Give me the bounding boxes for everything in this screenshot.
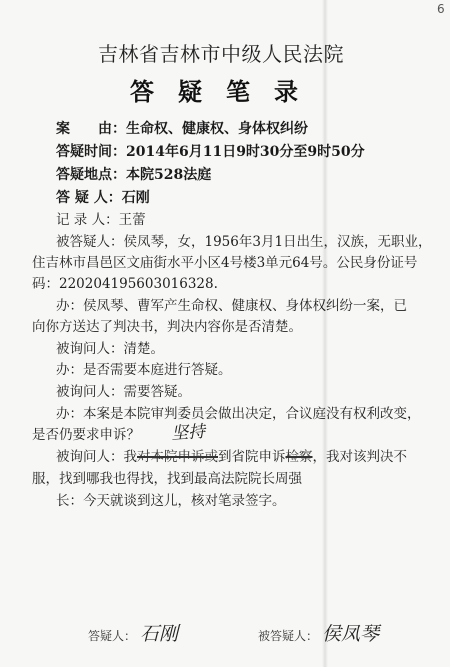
- respondent-signature-label: 被答疑人：: [258, 627, 318, 644]
- recorder-line: 记 录 人：王蕾: [56, 208, 146, 228]
- answer-3-line-1: 被询问人：我对本院申诉或到省院申诉检察，我对该判决不: [56, 445, 407, 465]
- answer-3-prefix: 被询问人：我: [56, 449, 137, 465]
- answer-3-line-2: 服，找到哪我也得找，找到最高法院院长周强: [32, 467, 302, 487]
- questioner-signature-label: 答疑人：: [88, 627, 136, 644]
- meta-value: 石刚: [122, 190, 150, 206]
- meta-label: 答疑时间：: [56, 141, 126, 161]
- meta-case-cause: 案 由：生命权、健康权、身体权纠纷: [56, 118, 308, 138]
- meta-label: 答 疑 人：: [56, 187, 122, 207]
- meta-value: 生命权、健康权、身体权纠纷: [126, 121, 308, 137]
- court-name: 吉林省吉林市中级人民法院: [98, 38, 344, 67]
- recorder-label: 记 录 人：: [56, 212, 119, 228]
- struck-text: 检察: [286, 449, 313, 465]
- respondent-signature: 侯凤琴: [322, 619, 379, 646]
- question-3-line-1: 办：本案是本院审判委员会做出决定，合议庭没有权利改变，: [56, 402, 421, 422]
- question-2: 办：是否需要本庭进行答疑。: [56, 358, 232, 378]
- recorder-value: 王蕾: [119, 212, 146, 228]
- question-1-line-1: 办：侯凤琴、曹军产生命权、健康权、身体权纠纷一案，已: [56, 294, 407, 314]
- meta-label: 案 由：: [56, 118, 126, 138]
- meta-time: 答疑时间：2014年6月11日9时30分至9时50分: [56, 141, 365, 161]
- scan-fold-shadow: [322, 0, 328, 667]
- meta-label: 答疑地点：: [56, 164, 126, 184]
- questioner-signature: 石刚: [140, 619, 178, 646]
- answer-3-middle: 到省院申诉: [218, 449, 286, 465]
- document-title: 答疑笔录: [130, 72, 322, 107]
- meta-value: 2014年6月11日9时30分至9时50分: [126, 144, 365, 160]
- respondent-intro-line-1: 被答疑人：侯凤琴，女，1956年3月1日出生，汉族，无职业，: [56, 230, 432, 250]
- question-1-line-2: 向你方送达了判决书，判决内容你是否清楚。: [32, 315, 302, 335]
- meta-questioner: 答 疑 人：石刚: [56, 187, 150, 207]
- answer-3-suffix: ，我对该判决不: [313, 449, 408, 465]
- handwritten-annotation: 坚持: [170, 417, 206, 444]
- question-3-line-2: 是否仍要求申诉？: [32, 423, 140, 443]
- answer-2: 被询问人：需要答疑。: [56, 380, 191, 400]
- closing-line: 长：今天就谈到这儿，核对笔录签字。: [56, 489, 286, 509]
- answer-1: 被询问人：清楚。: [56, 337, 164, 357]
- struck-text: 对本院申诉或: [137, 449, 218, 465]
- respondent-intro-line-3: 码：220204195603016328.: [32, 272, 218, 292]
- respondent-intro-line-2: 住吉林市昌邑区文庙街水平小区4号楼3单元64号。公民身份证号: [32, 251, 417, 271]
- page-number-mark: 6: [437, 2, 445, 16]
- transcript-page: 6 吉林省吉林市中级人民法院 答疑笔录 案 由：生命权、健康权、身体权纠纷 答疑…: [0, 0, 450, 667]
- meta-location: 答疑地点：本院528法庭: [56, 164, 211, 184]
- meta-value: 本院528法庭: [126, 167, 211, 183]
